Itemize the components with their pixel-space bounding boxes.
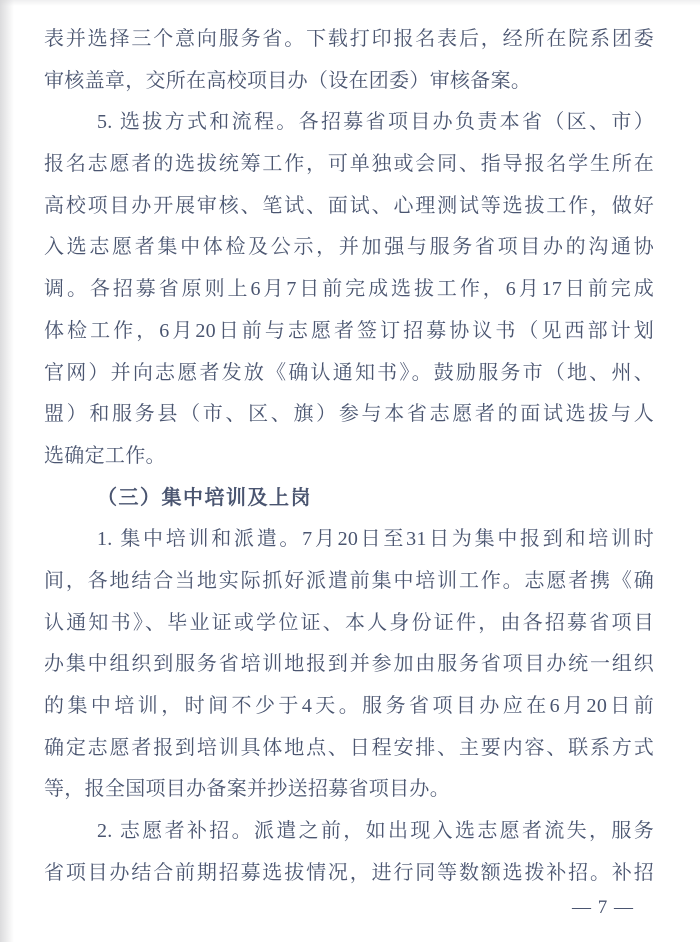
text-line: 确定志愿者报到培训具体地点、日程安排、主要内容、联系方式 xyxy=(44,728,654,770)
text-line: 盟）和服务县（市、区、旗）参与本省志愿者的面试选拔与人 xyxy=(44,394,654,436)
text-line: 的集中培训，时间不少于4天。服务省项目办应在6月20日前 xyxy=(44,686,654,728)
text-line: 1. 集中培训和派遣。7月20日至31日为集中报到和培训时 xyxy=(44,519,654,561)
document-page: 表并选择三个意向服务省。下载打印报名表后，经所在院系团委审核盖章，交所在高校项目… xyxy=(0,0,700,942)
text-line: 2. 志愿者补招。派遣之前，如出现入选志愿者流失，服务 xyxy=(44,811,654,853)
scan-shadow-left xyxy=(0,0,14,942)
section-heading-line: （三）集中培训及上岗 xyxy=(44,478,654,520)
text-line: 表并选择三个意向服务省。下载打印报名表后，经所在院系团委 xyxy=(44,19,654,61)
text-line: 省项目办结合前期招募选拔情况，进行同等数额选拨补招。补招 xyxy=(44,853,654,895)
text-line: 认通知书》、毕业证或学位证、本人身份证件，由各招募省项目 xyxy=(44,603,654,645)
text-line: 办集中组织到服务省培训地报到并参加由服务省项目办统一组织 xyxy=(44,644,654,686)
text-line: 调。各招募省原则上6月7日前完成选拔工作，6月17日前完成 xyxy=(44,269,654,311)
scan-shadow-top xyxy=(0,0,700,6)
text-line: 等，报全国项目办备案并抄送招募省项目办。 xyxy=(44,769,654,811)
text-line: 体检工作，6月20日前与志愿者签订招募协议书（见西部计划 xyxy=(44,311,654,353)
text-line: 入选志愿者集中体检及公示，并加强与服务省项目办的沟通协 xyxy=(44,227,654,269)
text-line: 官网）并向志愿者发放《确认通知书》。鼓励服务市（地、州、 xyxy=(44,353,654,395)
text-line: 审核盖章，交所在高校项目办（设在团委）审核备案。 xyxy=(44,61,654,103)
text-line: 间，各地结合当地实际抓好派遣前集中培训工作。志愿者携《确 xyxy=(44,561,654,603)
page-number: — 7 — xyxy=(572,897,634,919)
text-line: 报名志愿者的选拔统筹工作，可单独或会同、指导报名学生所在 xyxy=(44,144,654,186)
document-text-block: 表并选择三个意向服务省。下载打印报名表后，经所在院系团委审核盖章，交所在高校项目… xyxy=(44,19,654,894)
text-line: 5. 选拔方式和流程。各招募省项目办负责本省（区、市） xyxy=(44,102,654,144)
text-line: 高校项目办开展审核、笔试、面试、心理测试等选拔工作，做好 xyxy=(44,186,654,228)
text-line: 选确定工作。 xyxy=(44,436,654,478)
